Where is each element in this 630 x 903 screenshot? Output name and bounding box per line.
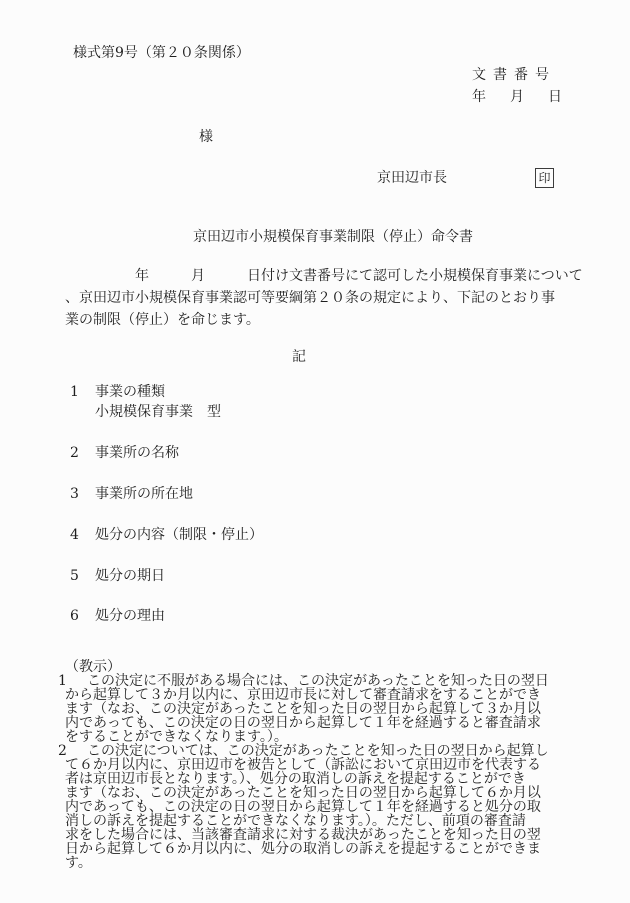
list-item-5: 5処分の期日 (70, 566, 263, 586)
list-item-number: 4 (70, 525, 95, 545)
issuer-name: 京田辺市長 (377, 169, 447, 187)
list-item-number: 5 (70, 566, 95, 586)
kyoji-item-number: 1 (58, 674, 87, 688)
list-item-number: 2 (70, 443, 95, 463)
list-item-4: 4処分の内容（制限・停止） (70, 525, 263, 545)
kyoji-item-2: 2この決定については、この決定があったことを知った日の翌日から起算し て６か月以… (58, 744, 549, 870)
list-item-text: 事業の種類 小規模保育事業 型 (95, 384, 221, 420)
ki-label: 記 (292, 348, 306, 366)
list-item-1: 1事業の種類 小規模保育事業 型 (70, 382, 263, 423)
kyoji-item-1: 1この決定に不服がある場合には、この決定があったことを知った日の翌日 から起算し… (58, 674, 549, 744)
list-item-3: 3事業所の所在地 (70, 484, 263, 504)
kyoji-item-text: この決定に不服がある場合には、この決定があったことを知った日の翌日 から起算して… (65, 673, 549, 745)
list-item-6: 6処分の理由 (70, 606, 263, 626)
list-item-text: 事業所の所在地 (95, 486, 193, 502)
list-item-text: 処分の期日 (95, 568, 165, 584)
kyoji-item-text: この決定については、この決定があったことを知った日の翌日から起算し て６か月以内… (65, 743, 549, 871)
body-paragraph: 年 月 日付け文書番号にて認可した小規模保育事業について 、京田辺市小規模保育事… (65, 265, 587, 331)
kyoji-item-number: 2 (58, 744, 87, 758)
list-item-text: 事業所の名称 (95, 445, 179, 461)
kyoji-header: （教示） (58, 660, 549, 674)
list-item-number: 3 (70, 484, 95, 504)
list-item-text: 処分の内容（制限・停止） (95, 527, 263, 543)
document-page: 様式第9号（第２０条関係） 文書番号 年 月 日 様 京田辺市長 印 京田辺市小… (0, 0, 630, 903)
list-item-text: 処分の理由 (95, 608, 165, 624)
doc-number-field: 文書番号 (472, 66, 556, 84)
addressee-suffix: 様 (199, 128, 213, 146)
list-item-2: 2事業所の名称 (70, 443, 263, 463)
list-item-number: 1 (70, 382, 95, 402)
date-field: 年 月 日 (472, 88, 567, 106)
document-title: 京田辺市小規模保育事業制限（停止）命令書 (193, 228, 473, 246)
list-item-number: 6 (70, 606, 95, 626)
item-list: 1事業の種類 小規模保育事業 型 2事業所の名称 3事業所の所在地 4処分の内容… (70, 382, 263, 647)
form-number: 様式第9号（第２０条関係） (73, 44, 250, 62)
kyoji-section: （教示） 1この決定に不服がある場合には、この決定があったことを知った日の翌日 … (58, 660, 549, 870)
seal-box: 印 (535, 168, 554, 188)
